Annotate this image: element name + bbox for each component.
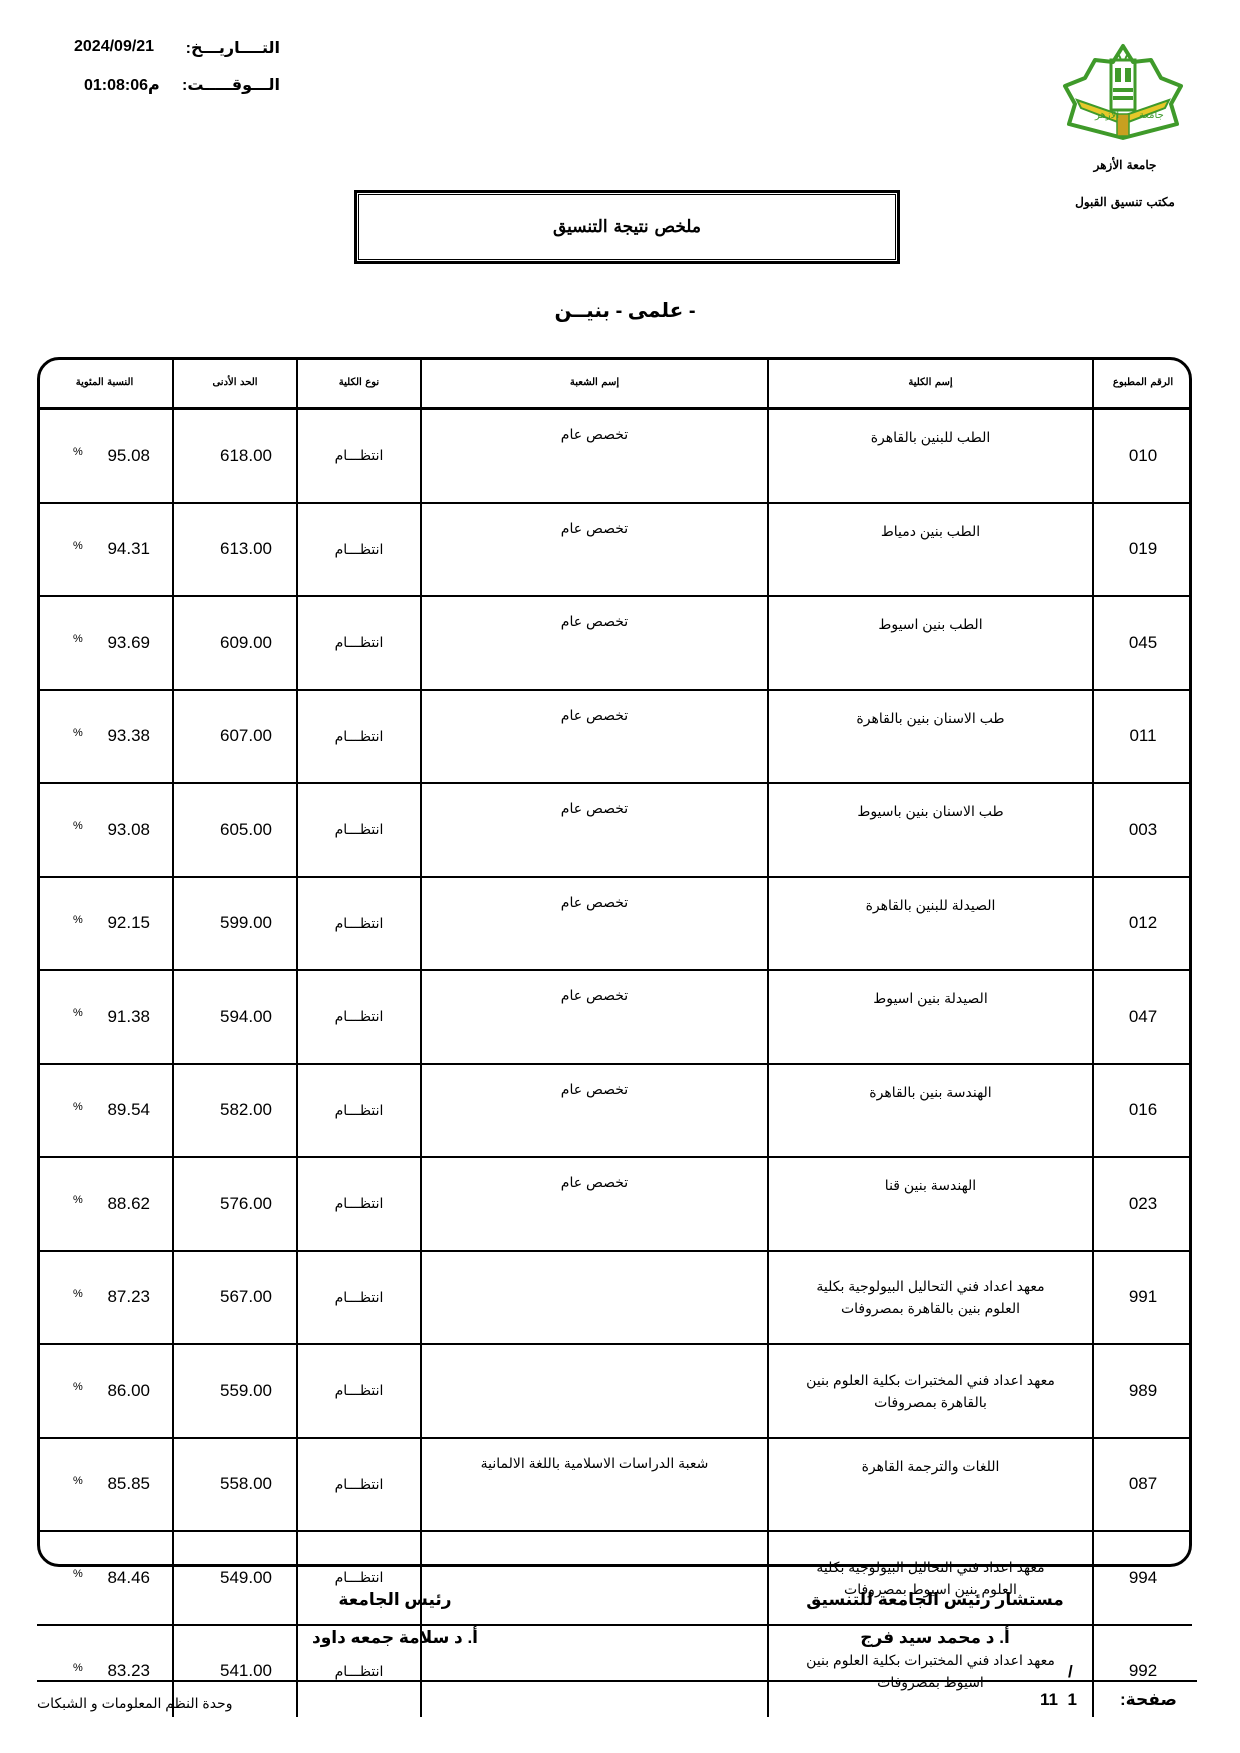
college-name: الهندسة بنين بالقاهرة xyxy=(769,1081,1092,1103)
percentage-cell: %93.69 xyxy=(37,596,173,690)
university-president-name: أ. د سلامة جمعه داود xyxy=(270,1628,520,1648)
time-value: م01:08:06 xyxy=(84,75,160,95)
code-cell: 023 xyxy=(1093,1157,1192,1251)
college-name: الهندسة بنين قنا xyxy=(769,1174,1092,1196)
date-row: 2024/09/21 التــــاريـــخ: xyxy=(60,38,280,62)
code-cell: 016 xyxy=(1093,1064,1192,1158)
table-row: %95.08618.00انتظـــامتخصص عامالطب للبنين… xyxy=(37,409,1192,503)
page-label: صفحة: xyxy=(1120,1690,1177,1710)
college-name: طب الاسنان بنين بالقاهرة xyxy=(769,707,1092,729)
percentage-cell: %94.31 xyxy=(37,503,173,597)
college-name: الطب بنين دمياط xyxy=(769,520,1092,542)
university-logo: الأزهر جامعة xyxy=(1055,38,1190,148)
report-title: ملخص نتيجة التنسيق xyxy=(553,217,701,237)
minimum-score-cell: 607.00 xyxy=(173,690,297,784)
minimum-score-cell: 613.00 xyxy=(173,503,297,597)
col-header-college-type: نوع الكلية xyxy=(297,357,421,409)
branch-name-cell: شعبة الدراسات الاسلامية باللغة الالمانية xyxy=(421,1438,768,1532)
percentage-cell: %85.85 xyxy=(37,1438,173,1532)
percentage-value: 88.62 xyxy=(107,1194,150,1213)
percentage-cell: %89.54 xyxy=(37,1064,173,1158)
page-current: 1 xyxy=(1067,1690,1076,1709)
code-cell: 047 xyxy=(1093,970,1192,1064)
table-row: %93.08605.00انتظـــامتخصص عامطب الاسنان … xyxy=(37,783,1192,877)
date-label: التــــاريـــخ: xyxy=(186,38,280,58)
college-name: الطب للبنين بالقاهرة xyxy=(769,426,1092,448)
svg-text:الأزهر: الأزهر xyxy=(1094,108,1119,121)
college-name-cell: الصيدلة بنين اسيوط xyxy=(768,970,1093,1064)
percentage-value: 91.38 xyxy=(107,1007,150,1026)
table-row: %93.69609.00انتظـــامتخصص عامالطب بنين ا… xyxy=(37,596,1192,690)
coordinator-advisor-name: أ. د محمد سيد فرج xyxy=(780,1628,1090,1648)
minimum-score-cell: 582.00 xyxy=(173,1064,297,1158)
college-type-cell: انتظـــام xyxy=(297,1157,421,1251)
percentage-value: 86.00 xyxy=(107,1381,150,1400)
college-name-cell: الطب بنين دمياط xyxy=(768,503,1093,597)
percentage-value: 93.38 xyxy=(107,726,150,745)
code-cell: 003 xyxy=(1093,783,1192,877)
minimum-score-cell: 605.00 xyxy=(173,783,297,877)
branch-name-cell: تخصص عام xyxy=(421,1064,768,1158)
svg-text:جامعة: جامعة xyxy=(1139,110,1164,121)
percentage-value: 84.46 xyxy=(107,1568,150,1587)
report-title-box: ملخص نتيجة التنسيق xyxy=(354,190,900,264)
footer-divider xyxy=(37,1680,1197,1682)
code-cell: 994 xyxy=(1093,1531,1192,1625)
branch-name-cell: تخصص عام xyxy=(421,970,768,1064)
college-name: الصيدلة للبنين بالقاهرة xyxy=(769,894,1092,916)
college-type-cell: انتظـــام xyxy=(297,1344,421,1438)
college-name: معهد اعداد فني التحاليل البيولوجية بكلية… xyxy=(769,1275,1092,1319)
branch-name-cell xyxy=(421,1251,768,1345)
college-name: معهد اعداد فني المختبرات بكلية العلوم بن… xyxy=(769,1649,1092,1693)
college-name-cell: الهندسة بنين بالقاهرة xyxy=(768,1064,1093,1158)
college-name: الطب بنين اسيوط xyxy=(769,613,1092,635)
percentage-value: 87.23 xyxy=(107,1287,150,1306)
college-name-cell: الطب بنين اسيوط xyxy=(768,596,1093,690)
percentage-value: 92.15 xyxy=(107,913,150,932)
college-type-cell: انتظـــام xyxy=(297,970,421,1064)
code-cell: 045 xyxy=(1093,596,1192,690)
college-name-cell: معهد اعداد فني التحاليل البيولوجية بكلية… xyxy=(768,1251,1093,1345)
table-row: %85.85558.00انتظـــامشعبة الدراسات الاسل… xyxy=(37,1438,1192,1532)
percentage-value: 89.54 xyxy=(107,1100,150,1119)
col-header-code: الرقم المطبوع xyxy=(1093,357,1192,409)
coordinator-advisor-title: مستشار رئيس الجامعة للتنسيق xyxy=(780,1590,1090,1610)
college-type-cell: انتظـــام xyxy=(297,1438,421,1532)
time-label: الـــوقـــــت: xyxy=(182,75,280,95)
percent-sign: % xyxy=(73,1568,83,1580)
table-row: %84.46549.00انتظـــاممعهد اعداد فني التح… xyxy=(37,1531,1192,1625)
percentage-cell: %84.46 xyxy=(37,1531,173,1625)
col-header-minimum: الحد الأدنى xyxy=(173,357,297,409)
minimum-score-cell: 558.00 xyxy=(173,1438,297,1532)
percentage-cell: %92.15 xyxy=(37,877,173,971)
minimum-score-cell: 618.00 xyxy=(173,409,297,503)
col-header-branch-name: إسم الشعبة xyxy=(421,357,768,409)
table-row: %87.23567.00انتظـــاممعهد اعداد فني التح… xyxy=(37,1251,1192,1345)
percentage-cell: %93.08 xyxy=(37,783,173,877)
minimum-score-cell: 576.00 xyxy=(173,1157,297,1251)
college-name: معهد اعداد فني المختبرات بكلية العلوم بن… xyxy=(769,1369,1092,1413)
percentage-cell: %87.23 xyxy=(37,1251,173,1345)
university-president-title: رئيس الجامعة xyxy=(270,1590,520,1610)
branch-name-cell: تخصص عام xyxy=(421,690,768,784)
percentage-value: 94.31 xyxy=(107,539,150,558)
minimum-score-cell: 609.00 xyxy=(173,596,297,690)
percent-sign: % xyxy=(73,1194,83,1206)
branch-name-cell xyxy=(421,1344,768,1438)
college-name: طب الاسنان بنين باسيوط xyxy=(769,800,1092,822)
col-header-percentage: النسبة المئوية xyxy=(37,357,173,409)
table-row: %88.62576.00انتظـــامتخصص عامالهندسة بني… xyxy=(37,1157,1192,1251)
date-value: 2024/09/21 xyxy=(74,38,154,56)
college-type-cell: انتظـــام xyxy=(297,409,421,503)
percent-sign: % xyxy=(73,540,83,552)
college-name-cell: معهد اعداد فني التحاليل البيولوجية بكلية… xyxy=(768,1531,1093,1625)
page-total: 11 xyxy=(1040,1690,1058,1709)
office-name: مكتب تنسيق القبول xyxy=(1060,195,1190,209)
results-table: النسبة المئوية الحد الأدنى نوع الكلية إس… xyxy=(37,357,1192,1717)
percent-sign: % xyxy=(73,727,83,739)
college-type-cell: انتظـــام xyxy=(297,1531,421,1625)
percent-sign: % xyxy=(73,1007,83,1019)
percentage-cell: %86.00 xyxy=(37,1344,173,1438)
code-cell: 989 xyxy=(1093,1344,1192,1438)
college-name: اللغات والترجمة القاهرة xyxy=(769,1455,1092,1477)
percentage-value: 83.23 xyxy=(107,1661,150,1680)
branch-name-cell: تخصص عام xyxy=(421,409,768,503)
percent-sign: % xyxy=(73,633,83,645)
college-type-cell: انتظـــام xyxy=(297,1251,421,1345)
page-separator: / xyxy=(1068,1662,1073,1682)
code-cell: 087 xyxy=(1093,1438,1192,1532)
percentage-cell: %93.38 xyxy=(37,690,173,784)
table-row: %91.38594.00انتظـــامتخصص عامالصيدلة بني… xyxy=(37,970,1192,1064)
percentage-value: 93.69 xyxy=(107,633,150,652)
minimum-score-cell: 567.00 xyxy=(173,1251,297,1345)
table-row: %94.31613.00انتظـــامتخصص عامالطب بنين د… xyxy=(37,503,1192,597)
percent-sign: % xyxy=(73,820,83,832)
code-cell: 010 xyxy=(1093,409,1192,503)
college-type-cell: انتظـــام xyxy=(297,596,421,690)
percentage-cell: %95.08 xyxy=(37,409,173,503)
branch-name-cell: تخصص عام xyxy=(421,783,768,877)
percent-sign: % xyxy=(73,1662,83,1674)
table-row: %89.54582.00انتظـــامتخصص عامالهندسة بني… xyxy=(37,1064,1192,1158)
branch-name-cell: تخصص عام xyxy=(421,1157,768,1251)
college-name: الصيدلة بنين اسيوط xyxy=(769,987,1092,1009)
college-type-cell: انتظـــام xyxy=(297,690,421,784)
college-type-cell: انتظـــام xyxy=(297,783,421,877)
college-name-cell: معهد اعداد فني المختبرات بكلية العلوم بن… xyxy=(768,1344,1093,1438)
table-header-row: النسبة المئوية الحد الأدنى نوع الكلية إس… xyxy=(37,357,1192,409)
college-type-cell: انتظـــام xyxy=(297,877,421,971)
percent-sign: % xyxy=(73,1101,83,1113)
page-indicator: 11 1 xyxy=(1040,1690,1077,1710)
percent-sign: % xyxy=(73,1381,83,1393)
college-name-cell: الطب للبنين بالقاهرة xyxy=(768,409,1093,503)
percentage-cell: %88.62 xyxy=(37,1157,173,1251)
table-row: %86.00559.00انتظـــاممعهد اعداد فني المخ… xyxy=(37,1344,1192,1438)
code-cell: 019 xyxy=(1093,503,1192,597)
branch-name-cell xyxy=(421,1531,768,1625)
branch-name-cell: تخصص عام xyxy=(421,503,768,597)
branch-name-cell: تخصص عام xyxy=(421,596,768,690)
branch-name-cell: تخصص عام xyxy=(421,877,768,971)
percent-sign: % xyxy=(73,446,83,458)
time-row: م01:08:06 الـــوقـــــت: xyxy=(60,75,280,99)
al-azhar-logo-icon: الأزهر جامعة xyxy=(1055,38,1190,148)
code-cell: 011 xyxy=(1093,690,1192,784)
minimum-score-cell: 594.00 xyxy=(173,970,297,1064)
percentage-value: 93.08 xyxy=(107,820,150,839)
college-type-cell: انتظـــام xyxy=(297,503,421,597)
college-name-cell: طب الاسنان بنين باسيوط xyxy=(768,783,1093,877)
college-name-cell: اللغات والترجمة القاهرة xyxy=(768,1438,1093,1532)
college-name-cell: الهندسة بنين قنا xyxy=(768,1157,1093,1251)
percentage-cell: %91.38 xyxy=(37,970,173,1064)
footer-unit-name: وحدة النظم المعلومات و الشبكات xyxy=(37,1695,232,1712)
table-row: %93.38607.00انتظـــامتخصص عامطب الاسنان … xyxy=(37,690,1192,784)
college-name-cell: طب الاسنان بنين بالقاهرة xyxy=(768,690,1093,784)
minimum-score-cell: 599.00 xyxy=(173,877,297,971)
col-header-college-name: إسم الكلية xyxy=(768,357,1093,409)
report-subtitle: - علمى - بنيــن xyxy=(0,298,1240,323)
percentage-value: 85.85 xyxy=(107,1474,150,1493)
percent-sign: % xyxy=(73,1288,83,1300)
code-cell: 012 xyxy=(1093,877,1192,971)
minimum-score-cell: 559.00 xyxy=(173,1344,297,1438)
college-name-cell: الصيدلة للبنين بالقاهرة xyxy=(768,877,1093,971)
percentage-value: 95.08 xyxy=(107,446,150,465)
college-type-cell: انتظـــام xyxy=(297,1064,421,1158)
percent-sign: % xyxy=(73,1475,83,1487)
table-row: %92.15599.00انتظـــامتخصص عامالصيدلة للب… xyxy=(37,877,1192,971)
university-name: جامعة الأزهر xyxy=(1060,158,1190,172)
code-cell: 991 xyxy=(1093,1251,1192,1345)
minimum-score-cell: 549.00 xyxy=(173,1531,297,1625)
percent-sign: % xyxy=(73,914,83,926)
